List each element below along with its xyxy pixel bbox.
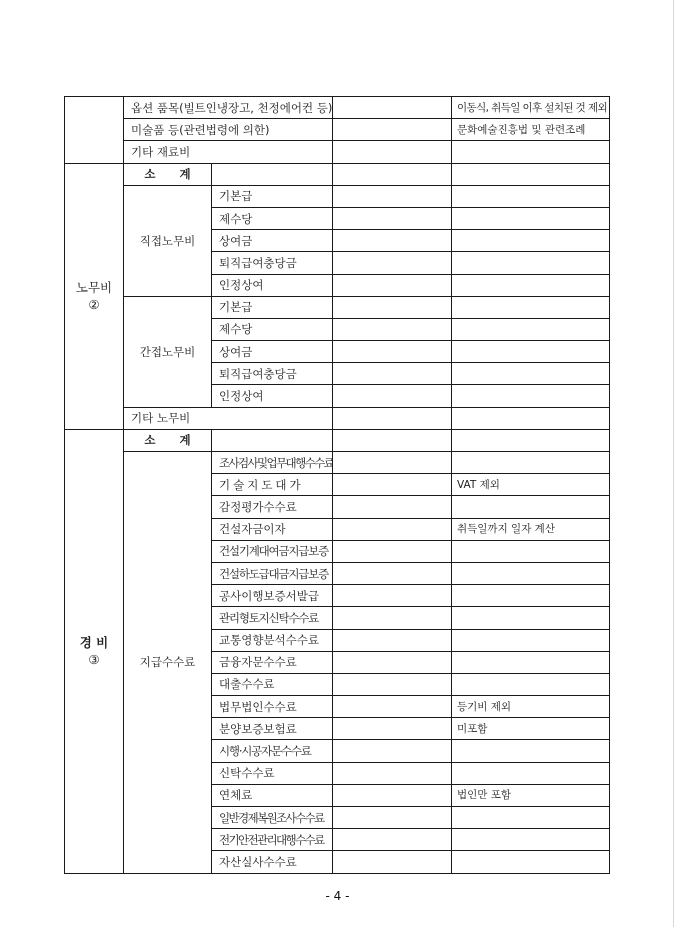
labor-category-label: 노무비	[65, 279, 123, 296]
amount-cell	[333, 97, 452, 119]
item-label: 상여금	[212, 230, 333, 252]
amount-cell	[333, 163, 452, 185]
amount-cell	[333, 651, 452, 673]
amount-cell	[333, 851, 452, 873]
subtotal-label: 소 계	[124, 163, 212, 185]
expenses-category-cell: 경 비 ③	[65, 429, 124, 873]
note-cell: 등기비 제외	[452, 696, 610, 718]
note-cell: VAT 제외	[452, 474, 610, 496]
amount-cell	[333, 230, 452, 252]
amount-cell	[333, 696, 452, 718]
note-cell: 미포함	[452, 718, 610, 740]
amount-cell	[333, 784, 452, 806]
amount-cell	[333, 429, 452, 451]
amount-cell	[333, 274, 452, 296]
item-label: 제수당	[212, 318, 333, 340]
amount-cell	[333, 119, 452, 141]
amount-cell	[333, 185, 452, 207]
item-label: 건설하도급대금지급보증	[212, 562, 333, 584]
note-cell: 취득일까지 일자 계산	[452, 518, 610, 540]
item-label: 퇴직급여충당금	[212, 252, 333, 274]
amount-cell	[333, 807, 452, 829]
amount-cell	[333, 585, 452, 607]
amount-cell	[333, 296, 452, 318]
other-labor-label: 기타 노무비	[124, 407, 333, 429]
note-cell	[452, 318, 610, 340]
amount-cell	[333, 829, 452, 851]
note-cell	[452, 496, 610, 518]
table-row: 지급수수료 조사검사및업무대행수수료	[65, 452, 610, 474]
item-label: 금융자문수수료	[212, 651, 333, 673]
item-label: 옵션 품목(빌트인냉장고, 천정에어컨 등)	[124, 97, 333, 119]
note-cell	[452, 829, 610, 851]
table-row: 기타 재료비	[65, 141, 610, 163]
direct-labor-label: 직접노무비	[124, 185, 212, 296]
indirect-labor-label: 간접노무비	[124, 296, 212, 407]
note-cell	[452, 673, 610, 695]
item-label: 일반경제복원조사수수료	[212, 807, 333, 829]
item-label: 건설기계대여금지급보증	[212, 540, 333, 562]
item-label: 시행·시공자문수수료	[212, 740, 333, 762]
table-row: 경 비 ③ 소 계	[65, 429, 610, 451]
amount-cell	[333, 607, 452, 629]
item-label: 퇴직급여충당금	[212, 363, 333, 385]
expenses-category-label: 경 비	[65, 634, 123, 651]
amount-cell	[333, 452, 452, 474]
amount-cell	[333, 341, 452, 363]
labor-category-cell: 노무비 ②	[65, 163, 124, 429]
table-row: 옵션 품목(빌트인냉장고, 천정에어컨 등) 이동식, 취득일 이후 설치된 것…	[65, 97, 610, 119]
note-cell: 법인만 포함	[452, 784, 610, 806]
amount-cell	[333, 407, 452, 429]
item-label: 기본급	[212, 185, 333, 207]
item-label: 기타 재료비	[124, 141, 333, 163]
amount-cell	[333, 762, 452, 784]
table-row: 노무비 ② 소 계	[65, 163, 610, 185]
amount-cell	[333, 629, 452, 651]
note-cell	[452, 607, 610, 629]
amount-cell	[333, 385, 452, 407]
subtotal-label: 소 계	[124, 429, 212, 451]
table-row: 기타 노무비	[65, 407, 610, 429]
item-label: 미술품 등(관련법령에 의한)	[124, 119, 333, 141]
note-cell	[452, 651, 610, 673]
item-label: 제수당	[212, 207, 333, 229]
amount-cell	[333, 318, 452, 340]
amount-cell	[333, 718, 452, 740]
note-cell	[452, 452, 610, 474]
note-cell	[452, 740, 610, 762]
item-label: 연체료	[212, 784, 333, 806]
amount-cell	[333, 740, 452, 762]
item-label: 전기안전관리대행수수료	[212, 829, 333, 851]
amount-cell	[333, 207, 452, 229]
item-label: 감정평가수수료	[212, 496, 333, 518]
item-label: 대출수수료	[212, 673, 333, 695]
fees-label: 지급수수료	[124, 452, 212, 874]
note-cell	[452, 230, 610, 252]
note-cell	[452, 252, 610, 274]
note-cell	[452, 585, 610, 607]
item-label: 건설자금이자	[212, 518, 333, 540]
amount-cell	[333, 673, 452, 695]
note-cell	[452, 429, 610, 451]
table-row: 직접노무비 기본급	[65, 185, 610, 207]
amount-cell	[333, 562, 452, 584]
note-cell	[452, 851, 610, 873]
note-cell	[452, 185, 610, 207]
detail-cell	[212, 429, 333, 451]
material-category-cell	[65, 97, 124, 164]
item-label: 인정상여	[212, 274, 333, 296]
amount-cell	[333, 518, 452, 540]
table-row: 미술품 등(관련법령에 의한) 문화예술진흥법 및 관련조례	[65, 119, 610, 141]
note-cell	[452, 363, 610, 385]
amount-cell	[333, 363, 452, 385]
page-edge	[673, 0, 674, 927]
note-cell	[452, 274, 610, 296]
note-cell	[452, 562, 610, 584]
amount-cell	[333, 496, 452, 518]
item-label: 기본급	[212, 296, 333, 318]
amount-cell	[333, 252, 452, 274]
note-cell	[452, 629, 610, 651]
note-cell: 문화예술진흥법 및 관련조례	[452, 119, 610, 141]
note-cell	[452, 341, 610, 363]
note-cell	[452, 807, 610, 829]
note-cell	[452, 762, 610, 784]
note-cell	[452, 207, 610, 229]
item-label: 법무법인수수료	[212, 696, 333, 718]
note-cell	[452, 296, 610, 318]
note-cell	[452, 141, 610, 163]
item-label: 공사이행보증서발급	[212, 585, 333, 607]
note-cell: 이동식, 취득일 이후 설치된 것 제외	[452, 97, 610, 119]
item-label: 신탁수수료	[212, 762, 333, 784]
labor-category-marker: ②	[65, 296, 123, 313]
detail-cell	[212, 163, 333, 185]
note-cell	[452, 407, 610, 429]
amount-cell	[333, 540, 452, 562]
page-number: - 4 -	[0, 889, 675, 903]
item-label: 관리형토지신탁수수료	[212, 607, 333, 629]
item-label: 상여금	[212, 341, 333, 363]
item-label: 기술지도대가	[212, 474, 333, 496]
item-label: 분양보증보험료	[212, 718, 333, 740]
amount-cell	[333, 474, 452, 496]
item-label: 조사검사및업무대행수수료	[212, 452, 333, 474]
item-label: 자산실사수수료	[212, 851, 333, 873]
amount-cell	[333, 141, 452, 163]
expenses-category-marker: ③	[65, 651, 123, 668]
item-label: 인정상여	[212, 385, 333, 407]
note-cell	[452, 385, 610, 407]
table-row: 간접노무비 기본급	[65, 296, 610, 318]
cost-breakdown-table: 옵션 품목(빌트인냉장고, 천정에어컨 등) 이동식, 취득일 이후 설치된 것…	[64, 96, 610, 874]
note-cell	[452, 540, 610, 562]
note-cell	[452, 163, 610, 185]
item-label: 교통영향분석수수료	[212, 629, 333, 651]
